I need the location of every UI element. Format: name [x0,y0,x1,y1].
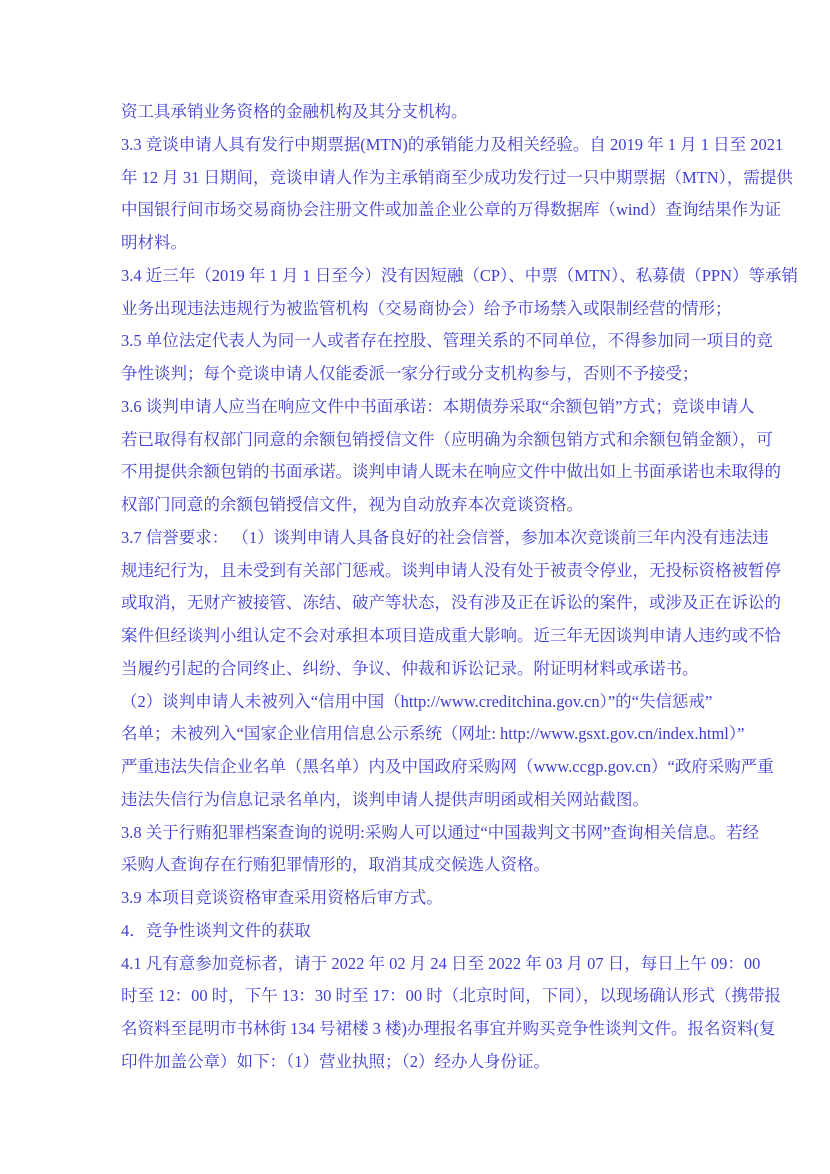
text-line: 采购人查询存在行贿犯罪情形的，取消其成交候选人资格。 [121,849,711,882]
text-line: 3.4 近三年（2019 年 1 月 1 日至今）没有因短融（CP）、中票（MT… [121,260,711,293]
text-line: 规违纪行为，且未受到有关部门惩戒。谈判申请人没有处于被责令停业，无投标资格被暂停 [121,555,711,588]
section-4-heading: 4．竞争性谈判文件的获取 [121,915,711,948]
text-line: 名单；未被列入“国家企业信用信息公示系统（网址: http://www.gsxt… [121,718,711,751]
clause-3-7-item-2: （2）谈判申请人未被列入“信用中国（http://www.creditchina… [121,686,711,817]
clause-3-6: 3.6 谈判申请人应当在响应文件中书面承诺：本期债券采取“余额包销”方式；竞谈申… [121,391,711,522]
text-line: 严重违法失信企业名单（黑名单）内及中国政府采购网（www.ccgp.gov.cn… [121,751,711,784]
text-line: 争性谈判；每个竞谈申请人仅能委派一家分行或分支机构参与，否则不予接受； [121,358,711,391]
text-line: 业务出现违法违规行为被监管机构（交易商协会）给予市场禁入或限制经营的情形； [121,293,711,326]
text-line: 时至 12：00 时，下午 13：30 时至 17：00 时（北京时间，下同），… [121,980,711,1013]
text-line: 资工具承销业务资格的金融机构及其分支机构。 [121,96,711,129]
text-line: 印件加盖公章）如下：（1）营业执照；（2）经办人身份证。 [121,1046,711,1079]
text-line: 违法失信行为信息记录名单内，谈判申请人提供声明函或相关网站截图。 [121,784,711,817]
document-page: 资工具承销业务资格的金融机构及其分支机构。 3.3 竞谈申请人具有发行中期票据(… [0,0,830,1174]
clause-3-7: 3.7 信誉要求： （1）谈判申请人具备良好的社会信誉，参加本次竞谈前三年内没有… [121,522,711,686]
text-line: 4．竞争性谈判文件的获取 [121,915,711,948]
text-line: 4.1 凡有意参加竞标者，请于 2022 年 02 月 24 日至 2022 年… [121,948,711,981]
text-line: 明材料。 [121,227,711,260]
text-line: 3.5 单位法定代表人为同一人或者存在控股、管理关系的不同单位，不得参加同一项目… [121,325,711,358]
text-line: 3.6 谈判申请人应当在响应文件中书面承诺：本期债券采取“余额包销”方式；竞谈申… [121,391,711,424]
text-line: 若已取得有权部门同意的余额包销授信文件（应明确为余额包销方式和余额包销金额），可 [121,424,711,457]
clause-3-9: 3.9 本项目竞谈资格审查采用资格后审方式。 [121,882,711,915]
text-line: 权部门同意的余额包销授信文件，视为自动放弃本次竞谈资格。 [121,489,711,522]
text-line: 名资料至昆明市书林街 134 号裙楼 3 楼)办理报名事宜并购买竞争性谈判文件。… [121,1013,711,1046]
text-line: 中国银行间市场交易商协会注册文件或加盖企业公章的万得数据库（wind）查询结果作… [121,194,711,227]
clause-continuation: 资工具承销业务资格的金融机构及其分支机构。 [121,96,711,129]
clause-3-8: 3.8 关于行贿犯罪档案查询的说明:采购人可以通过“中国裁判文书网”查询相关信息… [121,817,711,883]
text-line: 3.9 本项目竞谈资格审查采用资格后审方式。 [121,882,711,915]
text-line: 不用提供余额包销的书面承诺。谈判申请人既未在响应文件中做出如上书面承诺也未取得的 [121,456,711,489]
clause-3-3: 3.3 竞谈申请人具有发行中期票据(MTN)的承销能力及相关经验。自 2019 … [121,129,711,260]
text-line: 3.7 信誉要求： （1）谈判申请人具备良好的社会信誉，参加本次竞谈前三年内没有… [121,522,711,555]
clause-3-4: 3.4 近三年（2019 年 1 月 1 日至今）没有因短融（CP）、中票（MT… [121,260,711,326]
document-body: 资工具承销业务资格的金融机构及其分支机构。 3.3 竞谈申请人具有发行中期票据(… [121,96,711,1079]
text-line: 当履约引起的合同终止、纠纷、争议、仲裁和诉讼记录。附证明材料或承诺书。 [121,653,711,686]
text-line: 3.3 竞谈申请人具有发行中期票据(MTN)的承销能力及相关经验。自 2019 … [121,129,711,162]
text-line: 年 12 月 31 日期间，竞谈申请人作为主承销商至少成功发行过一只中期票据（M… [121,162,711,195]
clause-4-1: 4.1 凡有意参加竞标者，请于 2022 年 02 月 24 日至 2022 年… [121,948,711,1079]
text-line: （2）谈判申请人未被列入“信用中国（http://www.creditchina… [121,686,711,719]
text-line: 3.8 关于行贿犯罪档案查询的说明:采购人可以通过“中国裁判文书网”查询相关信息… [121,817,711,850]
text-line: 案件但经谈判小组认定不会对承担本项目造成重大影响。近三年无因谈判申请人违约或不恰 [121,620,711,653]
text-line: 或取消，无财产被接管、冻结、破产等状态，没有涉及正在诉讼的案件，或涉及正在诉讼的 [121,587,711,620]
clause-3-5: 3.5 单位法定代表人为同一人或者存在控股、管理关系的不同单位，不得参加同一项目… [121,325,711,391]
